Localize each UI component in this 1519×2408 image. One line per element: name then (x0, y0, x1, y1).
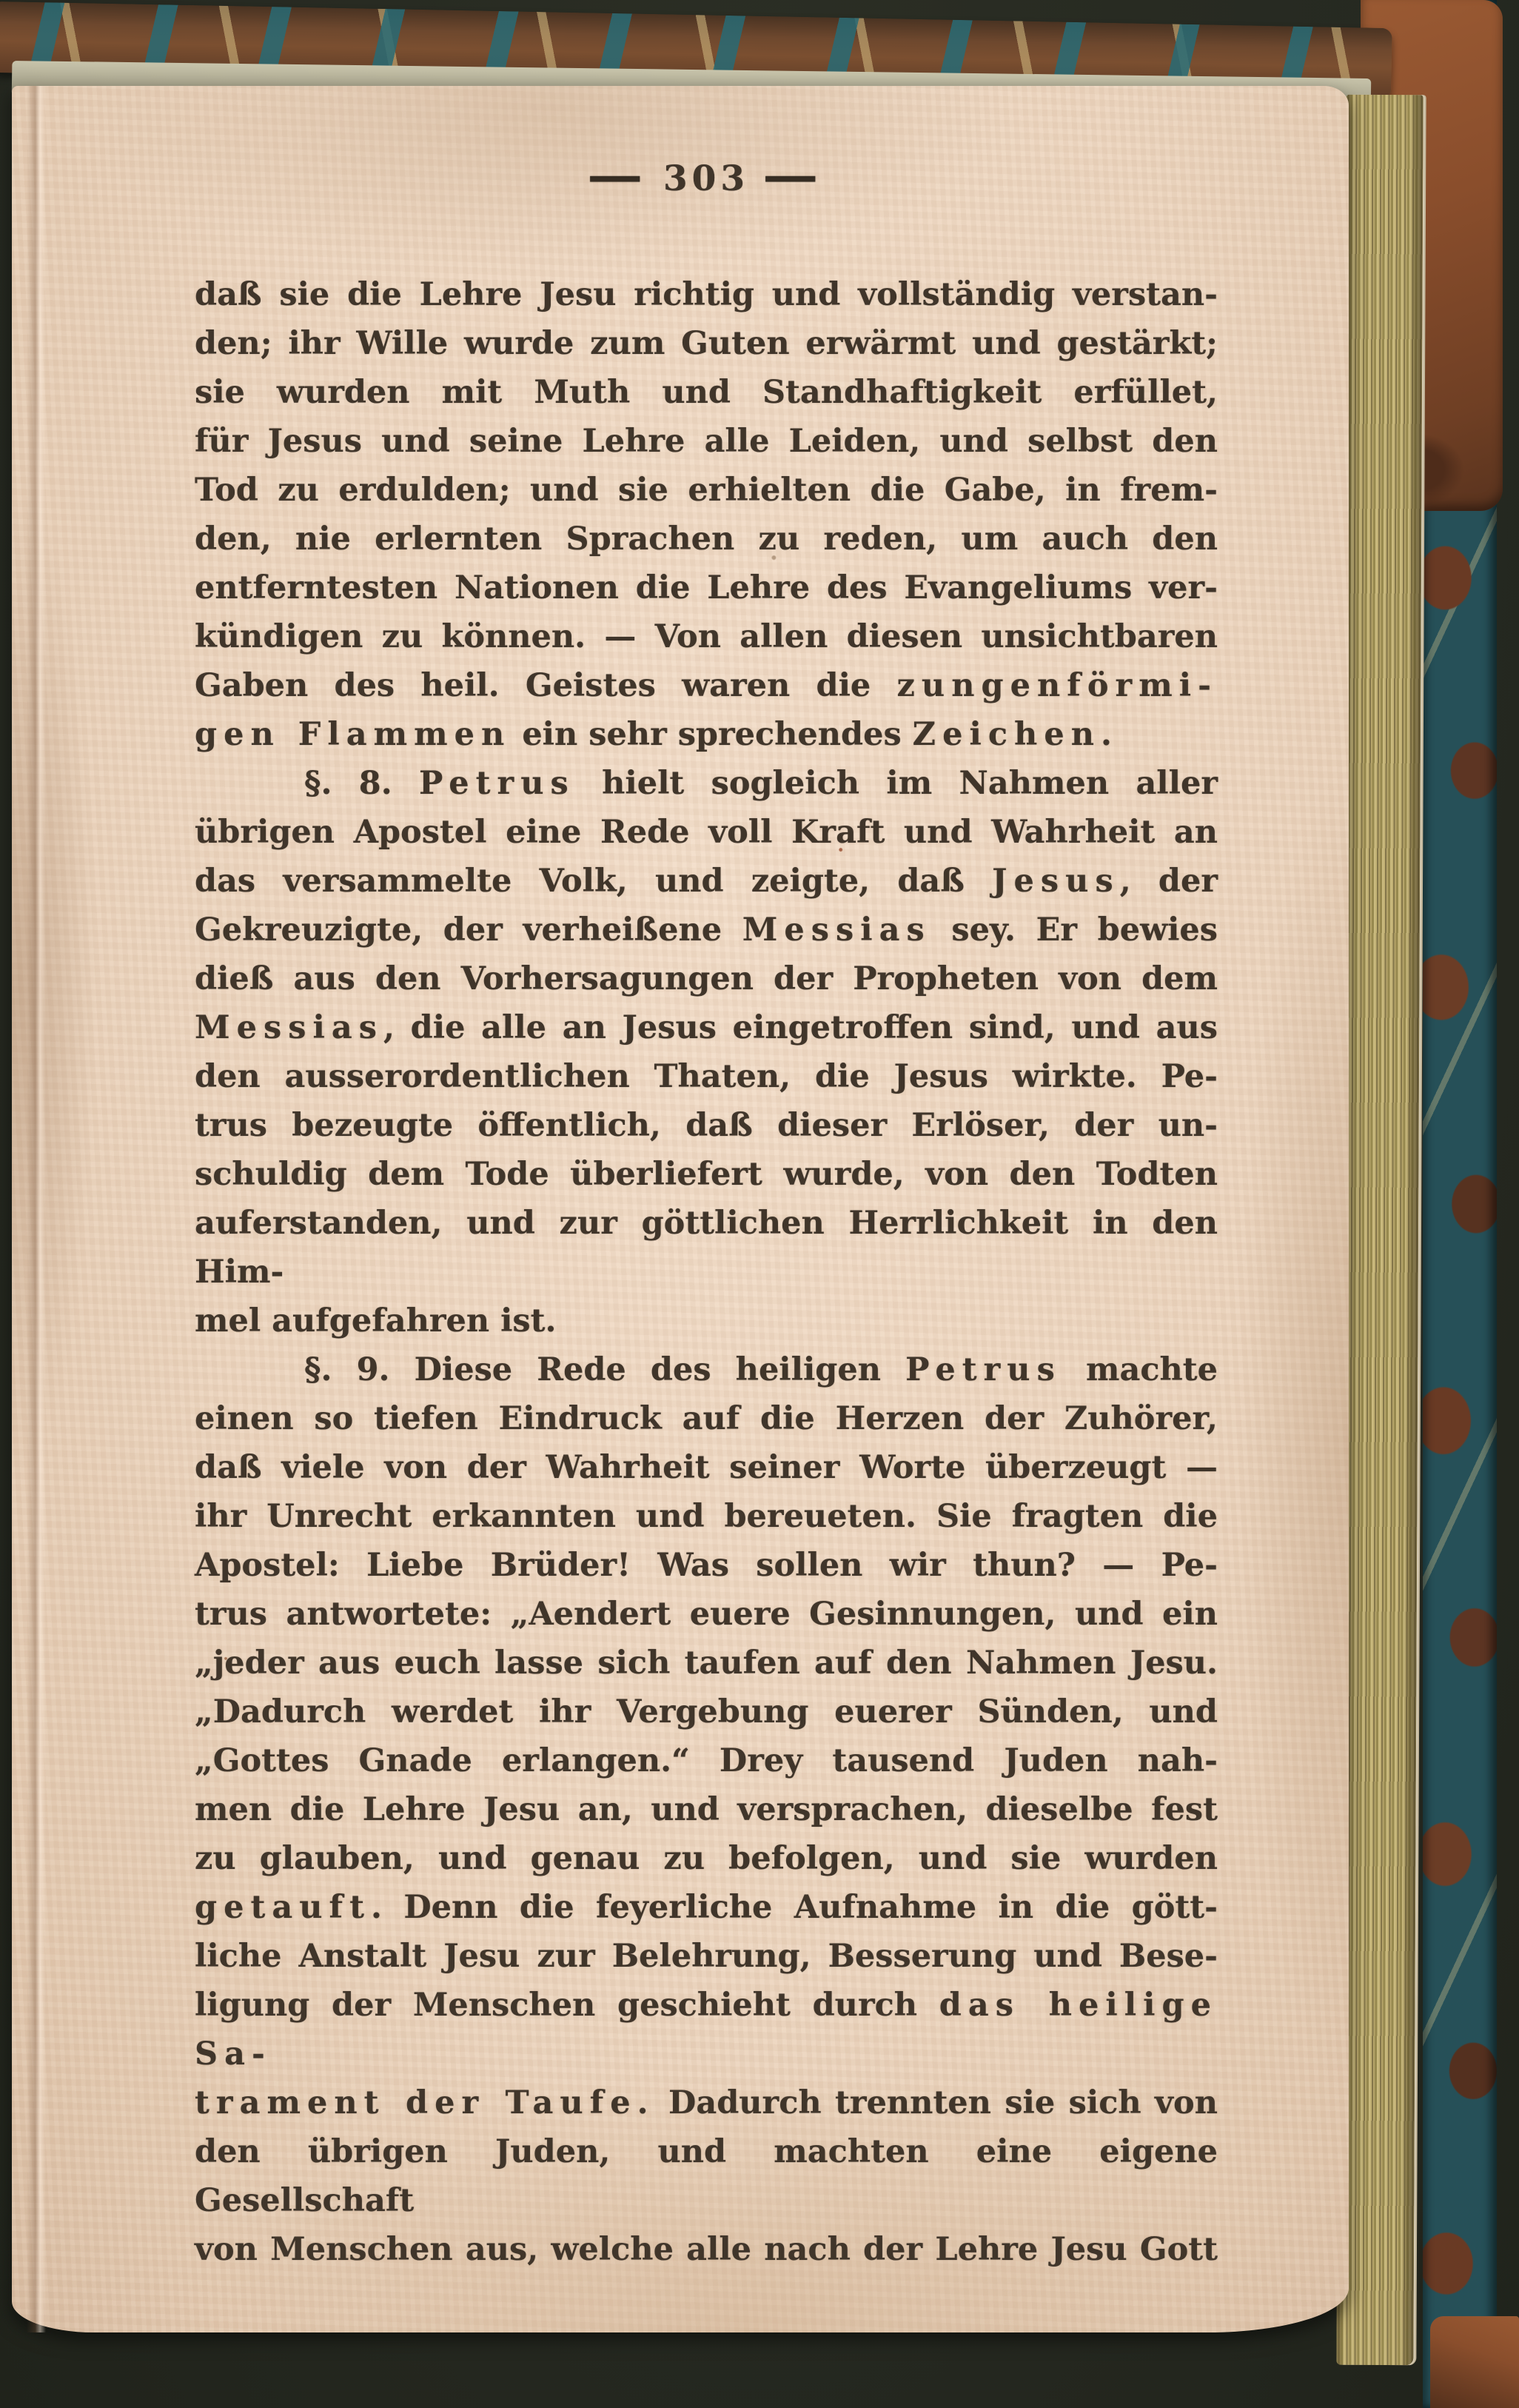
emphasized-text: Messias (742, 912, 931, 949)
text-line: das versammelte Volk, und zeigte, daß Je… (195, 857, 1218, 906)
text-segment: , die alle an Jesus eingetroffen sind, u… (383, 1009, 1218, 1046)
text-segment: machte (1062, 1351, 1218, 1388)
text-line: Apostel: Liebe Brüder! Was sollen wir th… (195, 1541, 1218, 1590)
text-line: „Dadurch werdet ihr Vergebung euerer Sün… (195, 1688, 1218, 1736)
text-line: ihr Unrecht erkannten und bereueten. Sie… (195, 1492, 1218, 1541)
text-segment: . (1101, 716, 1112, 753)
text-line: sie wurden mit Muth und Standhaftigkeit … (195, 368, 1218, 417)
text-segment: schuldig dem Tode überliefert wurde, von… (195, 1156, 1218, 1193)
text-line: übrigen Apostel eine Rede voll Kraft und… (195, 808, 1218, 857)
book-scan: —303— daß sie die Lehre Jesu richtig und… (0, 0, 1519, 2408)
text-line: zu glauben, und genau zu befolgen, und s… (195, 1834, 1218, 1883)
text-segment: übrigen Apostel eine Rede voll Kraft und… (195, 814, 1218, 851)
text-line: den, nie erlernten Sprachen zu reden, um… (195, 515, 1218, 563)
text-segment: . Denn die feyerliche Aufnahme in die gö… (371, 1889, 1218, 1926)
text-segment: daß viele von der Wahrheit seiner Worte … (195, 1449, 1218, 1486)
text-line: §. 9. Diese Rede des heiligen Petrus mac… (195, 1345, 1218, 1394)
text-segment: den ausserordentlichen Thaten, die Jesus… (195, 1058, 1218, 1095)
text-segment: den übrigen Juden, und machten eine eige… (195, 2133, 1218, 2219)
text-line: Gaben des heil. Geistes waren die zungen… (195, 661, 1218, 710)
emphasized-text: Petrus (905, 1351, 1062, 1388)
text-line: gen Flammen ein sehr sprechendes Zeichen… (195, 710, 1218, 759)
text-segment: zu glauben, und genau zu befolgen, und s… (195, 1840, 1218, 1877)
text-line: daß viele von der Wahrheit seiner Worte … (195, 1443, 1218, 1492)
text-segment: liche Anstalt Jesu zur Belehrung, Besser… (195, 1938, 1218, 1975)
text-segment: trus bezeugte öffentlich, daß dieser Erl… (195, 1107, 1218, 1144)
emphasized-text: Petrus (419, 765, 575, 802)
text-line: Tod zu erdulden; und sie erhielten die G… (195, 466, 1218, 515)
emphasized-text: getauft (195, 1889, 371, 1926)
page-number: 303 (663, 158, 749, 199)
text-line: entferntesten Nationen die Lehre des Eva… (195, 563, 1218, 612)
text-line: trus bezeugte öffentlich, daß dieser Erl… (195, 1101, 1218, 1150)
page-block-fore-edge (1336, 95, 1423, 2365)
text-segment: von Menschen aus, welche alle nach der L… (195, 2231, 1218, 2268)
text-line: getauft. Denn die feyerliche Aufnahme in… (195, 1883, 1218, 1932)
text-segment: §. 9. Diese Rede des heiligen (304, 1351, 905, 1388)
emphasized-text: Messias (195, 1009, 383, 1046)
text-line: trus antwortete: „Aendert euere Gesinnun… (195, 1590, 1218, 1639)
text-segment: ligung der Menschen geschieht durch (195, 1987, 939, 2024)
text-segment: Apostel: Liebe Brüder! Was sollen wir th… (195, 1547, 1218, 1584)
text-column: —303— daß sie die Lehre Jesu richtig und… (195, 86, 1218, 2274)
emphasized-text: Zeichen (913, 716, 1101, 753)
text-line: daß sie die Lehre Jesu richtig und volls… (195, 270, 1218, 319)
text-line: trament der Taufe. Dadurch trennten sie … (195, 2078, 1218, 2127)
text-segment: Dadurch trennten sie sich von (655, 2084, 1218, 2121)
text-segment: hielt sogleich im Nahmen aller (575, 765, 1218, 802)
text-segment: den, nie erlernten Sprachen zu reden, um… (195, 521, 1218, 558)
text-segment: Tod zu erdulden; und sie erhielten die G… (195, 472, 1218, 509)
text-line: den; ihr Wille wurde zum Guten erwärmt u… (195, 319, 1218, 368)
header-dash-left: — (587, 147, 650, 204)
text-line: dieß aus den Vorhersagungen der Prophete… (195, 954, 1218, 1003)
text-line: men die Lehre Jesu an, und versprachen, … (195, 1785, 1218, 1834)
emphasized-text: zungenförmi- (896, 667, 1218, 704)
text-segment: entferntesten Nationen die Lehre des Eva… (195, 569, 1218, 606)
text-segment: den; ihr Wille wurde zum Guten erwärmt u… (195, 325, 1218, 362)
header-dash-right: — (762, 147, 825, 204)
text-segment: sey. Er bewies (931, 912, 1218, 949)
text-line: §. 8. Petrus hielt sogleich im Nahmen al… (195, 759, 1218, 808)
text-segment: einen so tiefen Eindruck auf die Herzen … (195, 1400, 1218, 1437)
text-segment: men die Lehre Jesu an, und versprachen, … (195, 1791, 1218, 1828)
body-lines: daß sie die Lehre Jesu richtig und volls… (195, 270, 1218, 2274)
text-segment: „jeder aus euch lasse sich taufen auf de… (195, 1645, 1218, 1682)
text-segment: ein sehr sprechendes (511, 716, 912, 753)
book-page: —303— daß sie die Lehre Jesu richtig und… (12, 86, 1349, 2332)
emphasized-text: gen Flammen (195, 716, 511, 753)
gutter-crease (27, 86, 46, 2332)
text-segment: auferstanden, und zur göttlichen Herrlic… (195, 1205, 1218, 1291)
text-line: den übrigen Juden, und machten eine eige… (195, 2127, 1218, 2225)
emphasized-text: trament der Taufe. (195, 2084, 655, 2121)
text-line: Messias, die alle an Jesus eingetroffen … (195, 1003, 1218, 1052)
text-segment: mel aufgefahren ist. (195, 1302, 556, 1340)
text-segment: „Gottes Gnade erlangen.“ Drey tausend Ju… (195, 1742, 1218, 1779)
text-segment: das versammelte Volk, und zeigte, daß (195, 863, 992, 900)
leather-corner-bottom-right (1430, 2316, 1519, 2408)
text-segment: sie wurden mit Muth und Standhaftigkeit … (195, 374, 1218, 411)
text-segment: ihr Unrecht erkannten und bereueten. Sie… (195, 1498, 1218, 1535)
text-segment: §. 8. (304, 765, 419, 802)
text-line: schuldig dem Tode überliefert wurde, von… (195, 1150, 1218, 1199)
text-line: „Gottes Gnade erlangen.“ Drey tausend Ju… (195, 1736, 1218, 1785)
page-header: —303— (195, 158, 1218, 199)
text-line: kündigen zu können. — Von allen diesen u… (195, 612, 1218, 661)
text-segment: trus antwortete: „Aendert euere Gesinnun… (195, 1596, 1218, 1633)
text-line: den ausserordentlichen Thaten, die Jesus… (195, 1052, 1218, 1101)
text-line: von Menschen aus, welche alle nach der L… (195, 2225, 1218, 2274)
text-line: liche Anstalt Jesu zur Belehrung, Besser… (195, 1932, 1218, 1981)
text-line: einen so tiefen Eindruck auf die Herzen … (195, 1394, 1218, 1443)
text-line: für Jesus und seine Lehre alle Leiden, u… (195, 417, 1218, 466)
text-segment: kündigen zu können. — Von allen diesen u… (195, 618, 1218, 655)
text-segment: Gekreuzigte, der verheißene (195, 912, 742, 949)
text-segment: „Dadurch werdet ihr Vergebung euerer Sün… (195, 1693, 1218, 1730)
text-segment: daß sie die Lehre Jesu richtig und volls… (195, 276, 1218, 313)
text-segment: Gaben des heil. Geistes waren die (195, 667, 896, 704)
text-segment: dieß aus den Vorhersagungen der Prophete… (195, 960, 1218, 997)
text-line: ligung der Menschen geschieht durch das … (195, 1981, 1218, 2078)
text-line: auferstanden, und zur göttlichen Herrlic… (195, 1199, 1218, 1297)
text-line: „jeder aus euch lasse sich taufen auf de… (195, 1639, 1218, 1688)
text-line: Gekreuzigte, der verheißene Messias sey.… (195, 906, 1218, 954)
emphasized-text: Jesus (992, 863, 1120, 900)
text-line: mel aufgefahren ist. (195, 1297, 1218, 1345)
text-segment: für Jesus und seine Lehre alle Leiden, u… (195, 423, 1218, 460)
text-segment: , der (1120, 863, 1218, 900)
